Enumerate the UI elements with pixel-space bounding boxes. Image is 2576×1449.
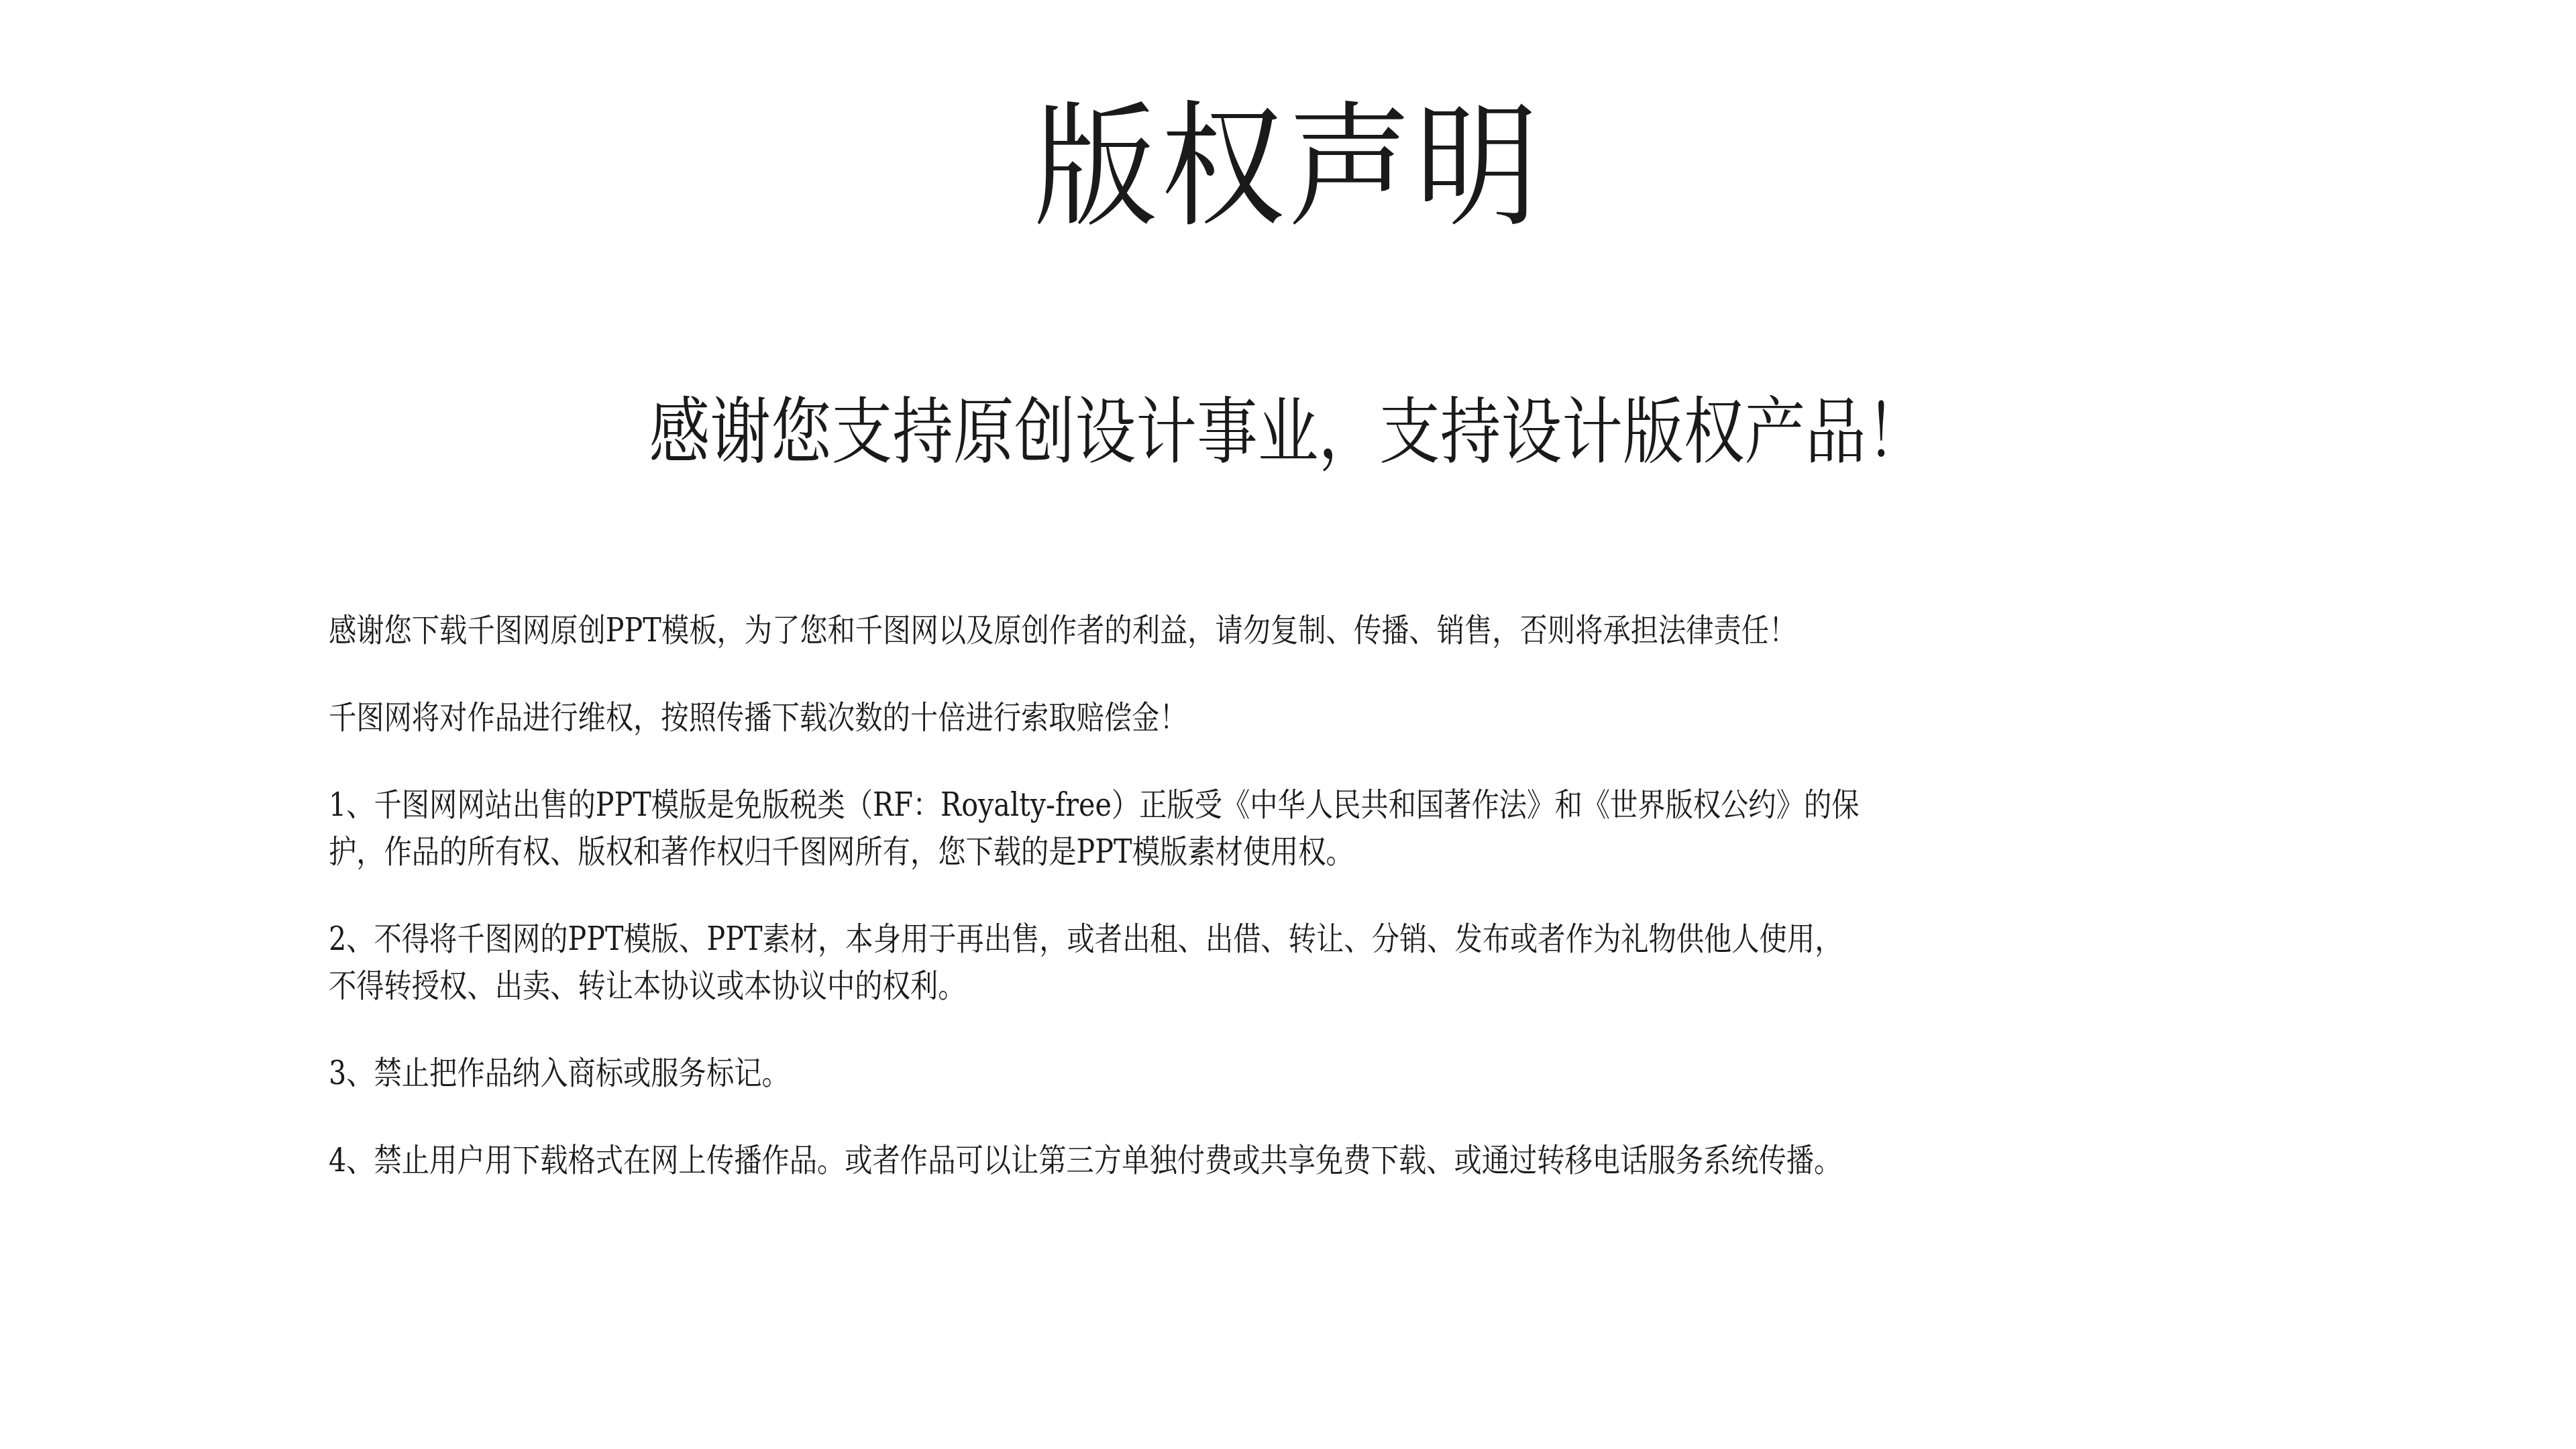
page-title: 版权声明	[103, 87, 2473, 248]
copyright-body: 感谢您下载千图网原创PPT模板，为了您和千图网以及原创作者的利益，请勿复制、传播…	[329, 607, 2274, 1224]
paragraph-intro: 感谢您下载千图网原创PPT模板，为了您和千图网以及原创作者的利益，请勿复制、传播…	[329, 607, 2279, 654]
paragraph-enforcement: 千图网将对作品进行维权，按照传播下载次数的十倍进行索取赔偿金！	[329, 694, 2279, 741]
clause-2: 2、不得将千图网的PPT模版、PPT素材，本身用于再出售，或者出租、出借、转让、…	[329, 916, 2279, 1010]
clause-1: 1、千图网网站出售的PPT模版是免版税类（RF：Royalty-free）正版受…	[329, 782, 2279, 875]
page-subtitle: 感谢您支持原创设计事业，支持设计版权产品！	[206, 382, 2370, 483]
clause-4: 4、禁止用户用下载格式在网上传播作品。或者作品可以让第三方单独付费或共享免费下载…	[329, 1137, 2279, 1184]
clause-3: 3、禁止把作品纳入商标或服务标记。	[329, 1050, 2279, 1097]
